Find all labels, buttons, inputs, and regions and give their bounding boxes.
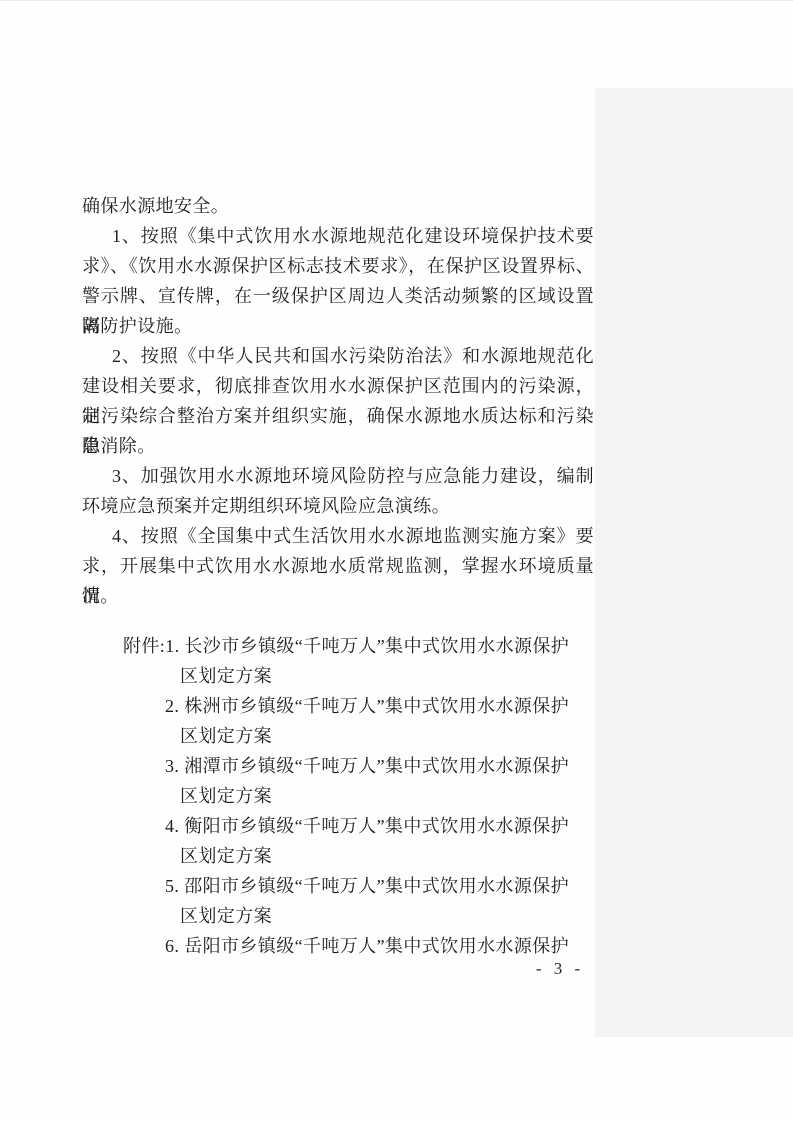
attachment-item-line: 2. 株洲市乡镇级“千吨万人”集中式饮用水水源保护: [82, 691, 594, 721]
attachment-item-continuation: 区划定方案: [82, 901, 594, 931]
document-body: 确保水源地安全。 1、按照《集中式饮用水水源地规范化建设环境保护技术要 求》、《…: [82, 191, 594, 961]
body-line: 定污染综合整治方案并组织实施，确保水源地水质达标和污染隐: [82, 401, 594, 431]
body-line: 确保水源地安全。: [82, 191, 594, 221]
body-line: 建设相关要求，彻底排查饮用水水源保护区范围内的污染源，制: [82, 371, 594, 401]
body-line: 求》、《饮用水水源保护区标志技术要求》，在保护区设置界标、: [82, 251, 594, 281]
body-line: 求，开展集中式饮用水水源地水质常规监测，掌握水环境质量情: [82, 551, 594, 581]
attachment-item-continuation: 区划定方案: [82, 661, 594, 691]
body-line: 3、加强饮用水水源地环境风险防控与应急能力建设，编制: [82, 461, 594, 491]
attachment-item-continuation: 区划定方案: [82, 841, 594, 871]
body-line: 患消除。: [82, 431, 594, 461]
attachment-item-line: 4. 衡阳市乡镇级“千吨万人”集中式饮用水水源保护: [82, 811, 594, 841]
attachment-item-continuation: 区划定方案: [82, 781, 594, 811]
document-page: 确保水源地安全。 1、按照《集中式饮用水水源地规范化建设环境保护技术要 求》、《…: [0, 0, 793, 1122]
attachment-item-continuation: 区划定方案: [82, 721, 594, 751]
attachment-item-line: 附件:1. 长沙市乡镇级“千吨万人”集中式饮用水水源保护: [82, 631, 594, 661]
body-line: 环境应急预案并定期组织环境风险应急演练。: [82, 491, 594, 521]
attachment-item-line: 3. 湘潭市乡镇级“千吨万人”集中式饮用水水源保护: [82, 751, 594, 781]
page-shade: [595, 88, 793, 1037]
page-number: - 3 -: [518, 954, 602, 984]
body-line: 2、按照《中华人民共和国水污染防治法》和水源地规范化: [82, 341, 594, 371]
attachment-item-title: 1. 长沙市乡镇级“千吨万人”集中式饮用水水源保护: [165, 636, 569, 656]
attachment-list: 附件:1. 长沙市乡镇级“千吨万人”集中式饮用水水源保护 区划定方案 2. 株洲…: [82, 631, 594, 961]
body-line: 4、按照《全国集中式生活饮用水水源地监测实施方案》要: [82, 521, 594, 551]
body-line: 1、按照《集中式饮用水水源地规范化建设环境保护技术要: [82, 221, 594, 251]
body-line: 警示牌、宣传牌，在一级保护区周边人类活动频繁的区域设置隔: [82, 281, 594, 311]
body-line: 况。: [82, 581, 594, 611]
attachment-item-line: 5. 邵阳市乡镇级“千吨万人”集中式饮用水水源保护: [82, 871, 594, 901]
body-line: 离防护设施。: [82, 311, 594, 341]
attachment-label: 附件:: [123, 631, 165, 661]
